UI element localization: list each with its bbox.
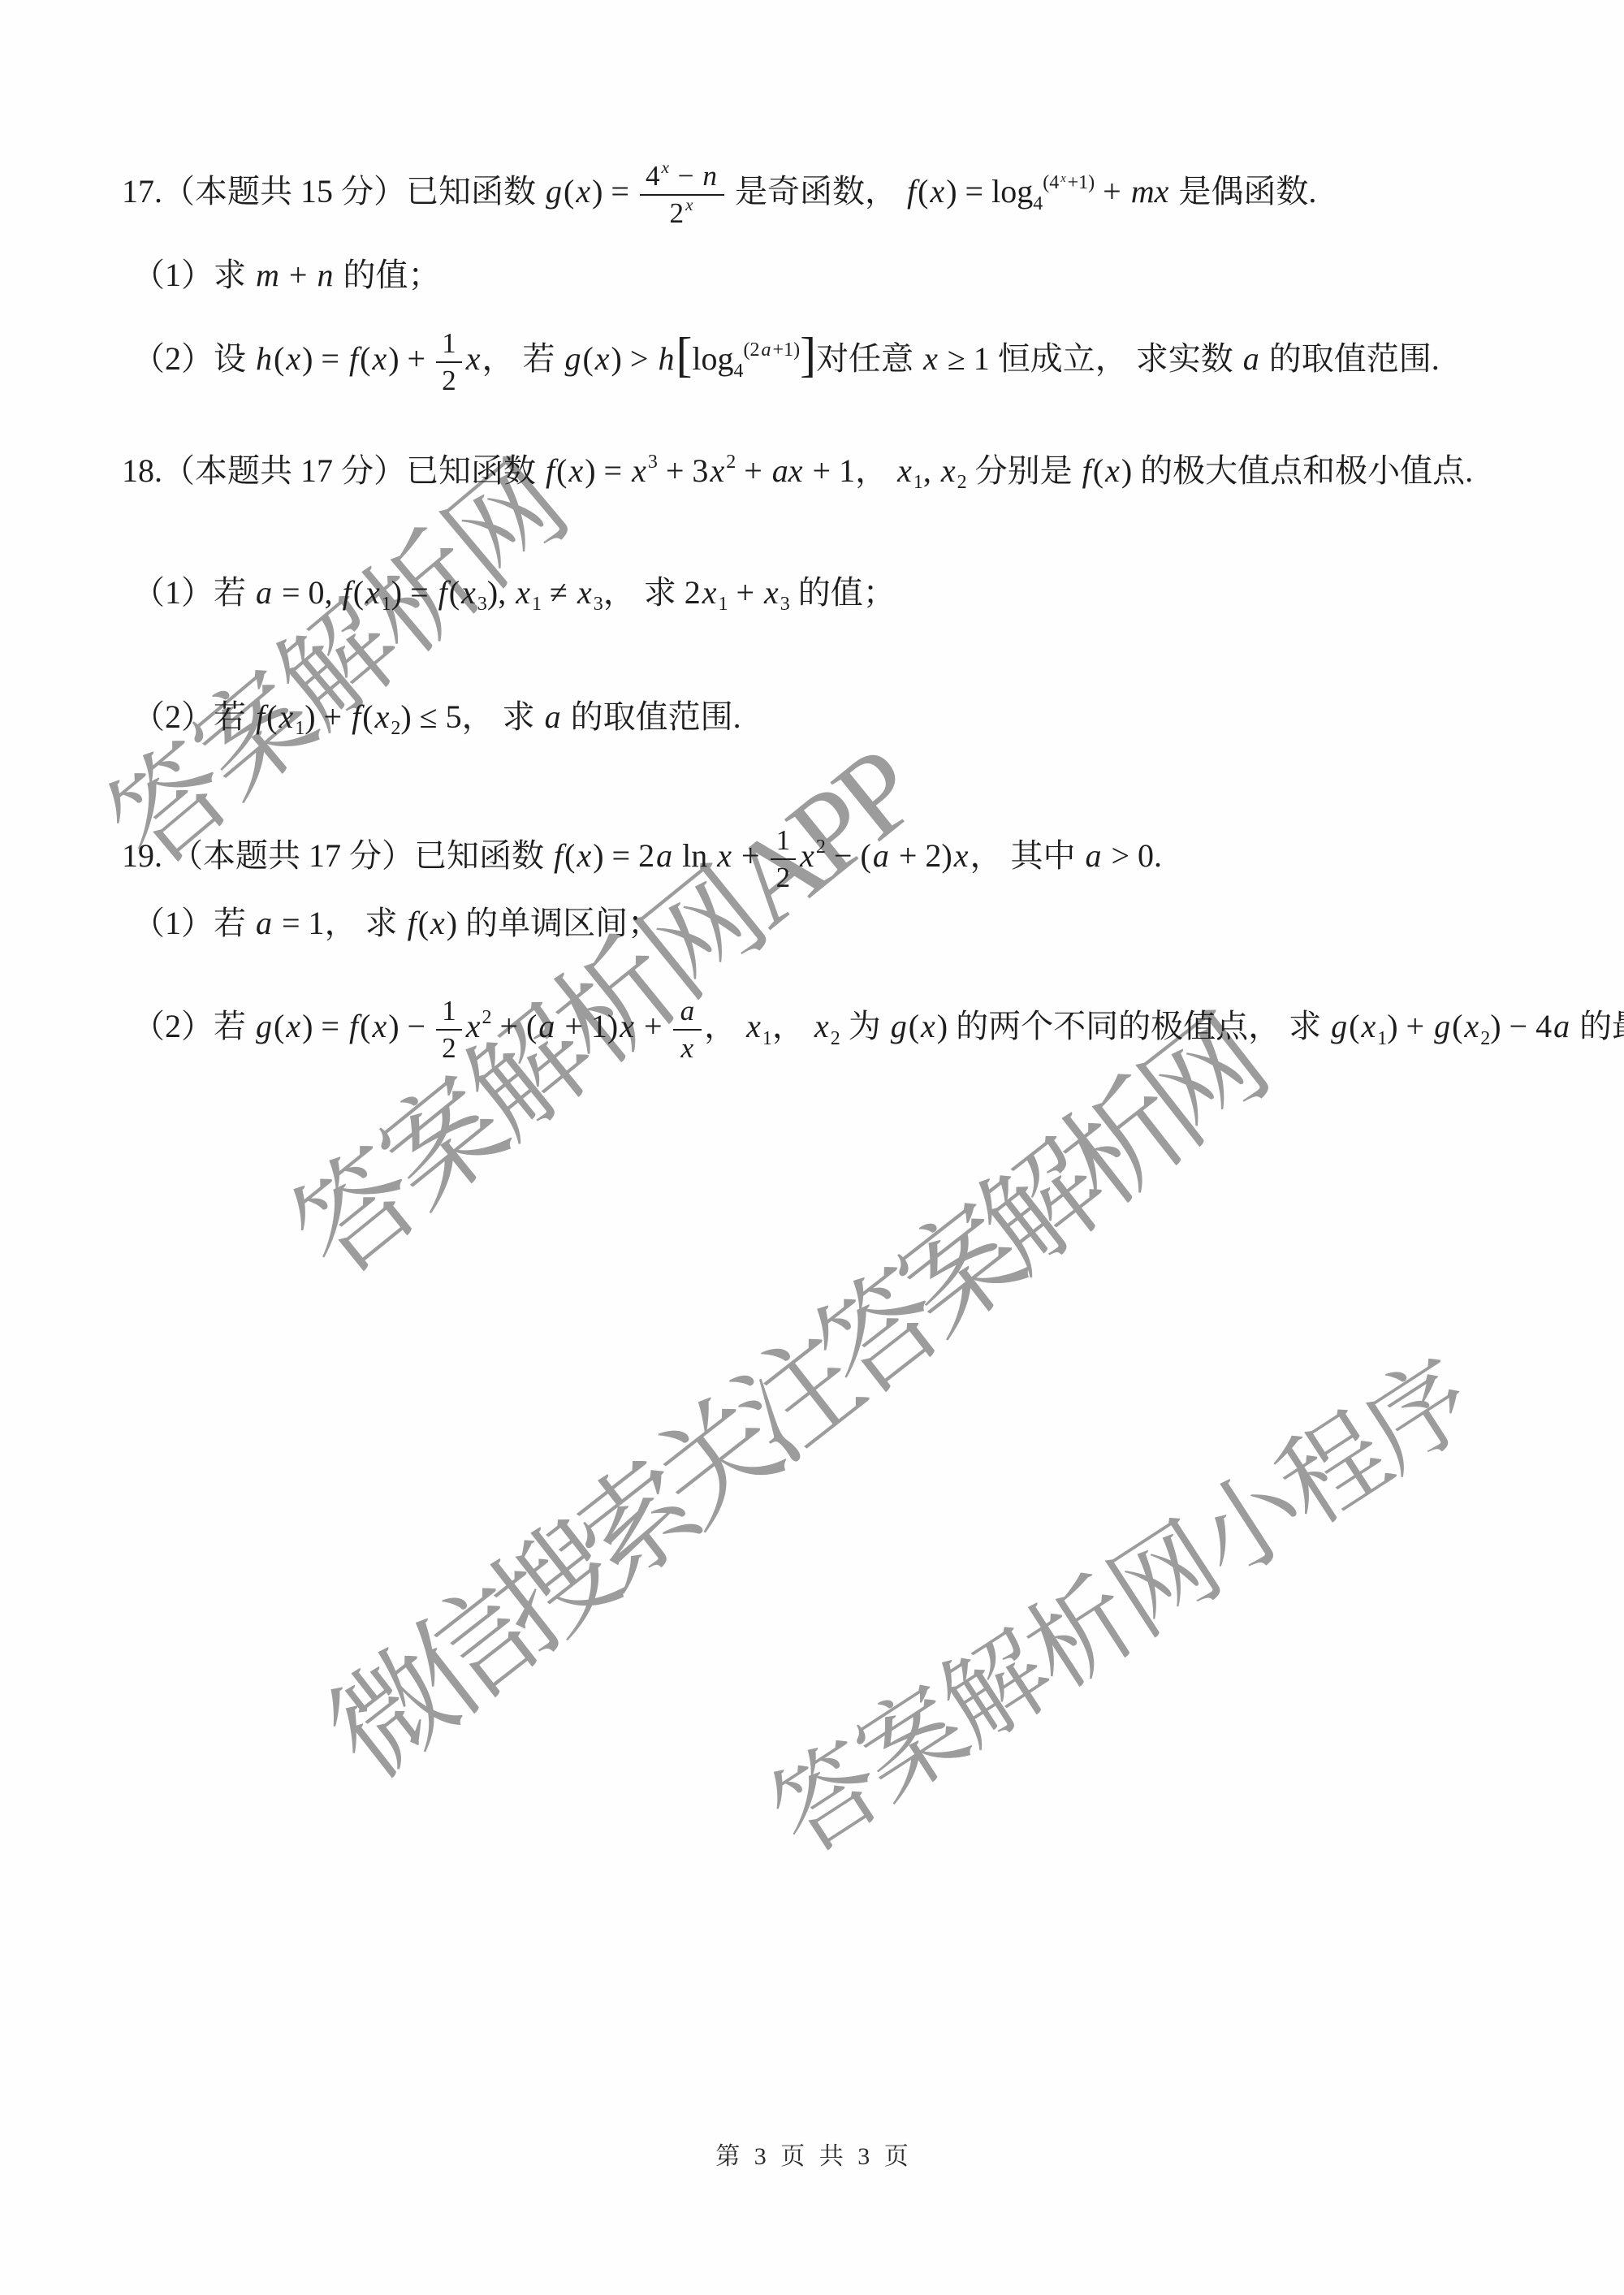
fraction: 12 [436, 328, 462, 396]
math-roman: ) − 4 [1490, 1008, 1552, 1044]
numerator: 1 [436, 328, 462, 363]
subscript: 4 [1033, 194, 1043, 214]
math-roman: ( [449, 574, 460, 611]
subscript: 3 [594, 594, 603, 614]
big-bracket: [ [676, 328, 692, 382]
math-variable: g [544, 173, 564, 210]
math-variable: x [277, 698, 295, 735]
math-variable: x [374, 698, 391, 735]
math-roman: ) = [585, 452, 630, 489]
math-variable: g [1432, 1008, 1452, 1044]
math-roman: 4 [646, 160, 660, 192]
fraction: 4x − n2x [640, 161, 724, 229]
subscript: 1 [914, 473, 923, 492]
math-variable: m [254, 257, 281, 293]
math-roman: 1 [762, 1028, 772, 1049]
math-variable: ax [771, 452, 805, 489]
q18-item-1: （1）若 a = 0, f(x1) = f(x3), x1 ≠ x3， 求 2x… [132, 573, 896, 612]
math-roman: ) − [388, 1008, 434, 1044]
text-run: ， [772, 1008, 813, 1044]
math-roman: 2 [776, 862, 791, 893]
math-variable: a [537, 1008, 556, 1044]
text-run: （1）求 [132, 257, 254, 293]
text-run: 分别是 [967, 452, 1081, 489]
math-variable: x [919, 1008, 937, 1044]
denominator: 2 [436, 1031, 462, 1064]
text-run: 17.（本题共 15 分）已知函数 [122, 173, 544, 210]
math-roman: ln [674, 837, 715, 874]
math-variable: x [708, 452, 726, 489]
numerator: 1 [436, 996, 462, 1031]
math-roman: (4 [1043, 172, 1059, 193]
math-variable: x [952, 837, 970, 874]
superscript: (4x+1) [1043, 173, 1095, 192]
text-run: ， 求 [462, 698, 543, 735]
text-run: 19. （本题共 17 分）已知函数 [122, 837, 552, 874]
math-variable: x [618, 1008, 636, 1044]
math-variable: n [315, 257, 335, 293]
q17-stem: 17.（本题共 15 分）已知函数 g(x) = 4x − n2x 是奇函数， … [122, 161, 1316, 229]
math-variable: x [928, 173, 946, 210]
math-variable: f [1081, 452, 1093, 489]
math-roman: + [1095, 173, 1129, 210]
math-roman: + 2) [891, 837, 952, 874]
superscript: 2 [816, 837, 826, 857]
exam-page: 17.（本题共 15 分）已知函数 g(x) = 4x − n2x 是奇函数， … [0, 0, 1624, 2295]
watermark-text: 微信搜索关注答案解析网 [311, 1007, 1277, 1798]
math-roman: 1 [532, 594, 542, 615]
math-roman: + 1 [805, 452, 856, 489]
superscript: x [660, 159, 671, 176]
fraction: ax [673, 996, 702, 1064]
math-roman: 3 [648, 452, 658, 473]
math-roman: = 1 [274, 905, 325, 941]
math-roman: + [281, 257, 316, 293]
math-variable: x [574, 173, 592, 210]
math-roman: 3 [780, 594, 790, 615]
math-variable: x [284, 1008, 302, 1044]
math-roman: ( [582, 340, 593, 377]
math-variable: a [543, 698, 563, 735]
q18-stem: 18.（本题共 17 分）已知函数 f(x) = x3 + 3x2 + ax +… [122, 452, 1473, 491]
math-variable: x [514, 574, 532, 611]
math-roman: ) + [1387, 1008, 1432, 1044]
text-run: （2）设 [132, 340, 254, 377]
math-roman: ) = [302, 340, 348, 377]
math-variable: x [762, 574, 780, 611]
math-variable: x [576, 574, 594, 611]
math-variable: f [905, 173, 918, 210]
math-variable: f [348, 340, 360, 377]
math-variable: a [254, 905, 274, 941]
math-roman: + [728, 574, 762, 611]
subscript: 2 [1480, 1029, 1490, 1048]
math-roman: 3 [594, 594, 603, 615]
math-roman: 4 [734, 361, 744, 382]
math-roman: ( [1093, 452, 1104, 489]
math-roman: ) = 2 [593, 837, 654, 874]
math-variable: f [437, 574, 449, 611]
numerator: 1 [771, 825, 797, 860]
denominator: 2x [664, 196, 701, 229]
watermark-text: 答案解析网 [92, 447, 585, 886]
math-roman: + [733, 837, 768, 874]
subscript: 3 [780, 594, 790, 614]
math-roman: +1) [773, 339, 801, 361]
math-variable: x [567, 452, 585, 489]
math-variable: x [1359, 1008, 1377, 1044]
math-variable: x [460, 574, 477, 611]
math-variable: x [1462, 1008, 1480, 1044]
math-roman: 1 [295, 718, 304, 739]
text-run: 的取值范围. [563, 698, 741, 735]
subscript: 1 [718, 594, 728, 614]
math-roman: ( [1452, 1008, 1462, 1044]
math-variable: a [871, 837, 891, 874]
superscript: (2a+1) [744, 340, 801, 360]
math-variable: x [284, 340, 302, 377]
math-variable: x [464, 340, 482, 377]
math-roman: ( [909, 1008, 919, 1044]
math-roman: 1 [442, 995, 456, 1026]
numerator: 4x − n [640, 161, 724, 196]
text-run: 的取值范围. [1261, 340, 1440, 377]
math-roman: + [736, 452, 771, 489]
math-variable: a [1552, 1008, 1571, 1044]
math-roman: ≠ [542, 574, 576, 611]
math-roman: ( [556, 452, 567, 489]
superscript: x [684, 197, 694, 214]
math-variable: f [350, 698, 362, 735]
math-variable: x [660, 158, 671, 177]
text-run: 的极大值点和极小值点. [1132, 452, 1473, 489]
subscript: 1 [382, 594, 391, 614]
math-variable: x [680, 1032, 696, 1064]
math-roman: ) = [391, 574, 437, 611]
math-variable: x [701, 574, 719, 611]
math-variable: x [364, 574, 382, 611]
math-roman: 1 [1377, 1028, 1387, 1049]
math-roman: 2 [685, 574, 701, 611]
text-run: 18.（本题共 17 分）已知函数 [122, 452, 544, 489]
math-variable: g [889, 1008, 909, 1044]
subscript: 3 [477, 594, 487, 614]
text-run: 恒成立， 求实数 [998, 340, 1242, 377]
math-roman: ) [1121, 452, 1132, 489]
text-run: 的最小值. [1571, 1008, 1624, 1044]
math-roman: ) [937, 1008, 948, 1044]
math-roman: ( [418, 905, 429, 941]
subscript: 1 [295, 719, 304, 738]
text-run: （1）若 [132, 905, 254, 941]
math-variable: x [464, 1008, 482, 1044]
subscript: 2 [831, 1029, 840, 1048]
math-variable: mx [1129, 173, 1171, 210]
math-roman: ( [564, 173, 574, 210]
math-roman: ) = log [946, 173, 1033, 210]
math-roman: ) + [388, 340, 434, 377]
math-roman: ( [362, 698, 373, 735]
math-variable: a [654, 837, 674, 874]
math-roman: ( [353, 574, 364, 611]
text-run: （2）若 [132, 698, 254, 735]
text-run: 对任意 [816, 340, 922, 377]
math-roman: > 0 [1103, 837, 1154, 874]
math-roman: 1 [382, 594, 391, 615]
math-variable: x [896, 452, 914, 489]
math-roman: ) = [302, 1008, 348, 1044]
text-run: ， [704, 1008, 745, 1044]
text-run: . [1154, 837, 1162, 874]
denominator: x [674, 1031, 702, 1064]
text-run: 的两个不同的极值点， 求 [948, 1008, 1329, 1044]
q18-item-2: （2）若 f(x1) + f(x2) ≤ 5， 求 a 的取值范围. [132, 698, 741, 737]
math-roman: ) + [304, 698, 350, 735]
text-run: ， 求 [325, 905, 406, 941]
math-roman: 2 [442, 365, 456, 396]
numerator: a [673, 996, 702, 1031]
math-roman: + 1) [556, 1008, 618, 1044]
math-variable: x [922, 340, 939, 377]
math-roman: , [923, 452, 939, 489]
text-run: 是偶函数. [1170, 173, 1316, 210]
math-roman: ≥ 1 [939, 340, 998, 377]
math-variable: f [341, 574, 353, 611]
math-roman: 1 [442, 327, 456, 359]
denominator: 2 [771, 860, 797, 893]
math-variable: f [348, 1008, 360, 1044]
math-roman: ( [918, 173, 928, 210]
text-run: 的值； [790, 574, 896, 611]
math-roman: ( [1349, 1008, 1359, 1044]
math-roman: ( [360, 1008, 370, 1044]
text-run: ， 其中 [970, 837, 1083, 874]
math-roman: 2 [831, 1028, 840, 1049]
text-run: 是奇函数， [727, 173, 905, 210]
math-variable: g [1329, 1008, 1349, 1044]
math-variable: f [544, 452, 556, 489]
text-run: （1）若 [132, 574, 254, 611]
text-run: 为 [840, 1008, 889, 1044]
math-variable: h [656, 340, 676, 377]
superscript: 2 [726, 452, 736, 472]
q19-item-2: （2）若 g(x) = f(x) − 12x2 + (a + 1)x + ax，… [132, 996, 1624, 1064]
math-variable: g [254, 1008, 274, 1044]
math-roman: ( [564, 837, 575, 874]
subscript: 1 [1377, 1029, 1387, 1048]
math-roman: 2 [670, 197, 685, 229]
math-variable: a [679, 995, 697, 1026]
math-variable: f [254, 698, 266, 735]
text-run: 的值； [335, 257, 440, 293]
math-roman: 1 [914, 472, 923, 493]
math-variable: x [429, 905, 447, 941]
math-roman: log [692, 340, 733, 377]
text-run: ， [855, 452, 896, 489]
subscript: 2 [957, 473, 967, 492]
math-roman: ( [266, 698, 277, 735]
math-variable: n [701, 160, 719, 192]
subscript: 1 [532, 594, 542, 614]
math-roman: + [636, 1008, 671, 1044]
text-run: （2）若 [132, 1008, 254, 1044]
math-variable: x [1059, 172, 1067, 185]
math-variable: a [254, 574, 274, 611]
math-variable: h [254, 340, 274, 377]
q19-stem: 19. （本题共 17 分）已知函数 f(x) = 2a ln x + 12x2… [122, 825, 1162, 893]
math-variable: g [563, 340, 582, 377]
math-roman: 4 [1033, 193, 1043, 214]
math-variable: x [575, 837, 593, 874]
math-variable: x [798, 837, 816, 874]
math-variable: x [715, 837, 733, 874]
math-roman: ( [274, 1008, 284, 1044]
subscript: 4 [734, 361, 744, 381]
math-roman: 3 [477, 594, 487, 615]
math-roman: ( [360, 340, 370, 377]
text-run: ， 若 [482, 340, 563, 377]
superscript: 3 [648, 452, 658, 472]
math-variable: x [370, 1008, 388, 1044]
math-variable: x [630, 452, 648, 489]
math-roman: ) ≤ 5 [400, 698, 461, 735]
math-roman: 1 [718, 594, 728, 615]
subscript: 2 [391, 719, 400, 738]
text-run: 的单调区间； [457, 905, 660, 941]
math-roman: 2 [816, 836, 826, 858]
math-roman: 2 [482, 1007, 491, 1028]
math-variable: x [594, 340, 611, 377]
math-roman: 2 [1480, 1028, 1490, 1049]
q17-item-2: （2）设 h(x) = f(x) + 12x， 若 g(x) > h[log4(… [132, 328, 1440, 396]
superscript: x [1059, 173, 1067, 184]
math-roman: ( [274, 340, 284, 377]
superscript: 2 [482, 1008, 491, 1027]
math-roman: ), [487, 574, 514, 611]
math-variable: x [684, 195, 694, 214]
math-roman: 2 [442, 1032, 456, 1064]
denominator: 2 [436, 363, 462, 396]
math-variable: f [406, 905, 418, 941]
math-variable: x [1104, 452, 1121, 489]
math-roman: = 0, [274, 574, 341, 611]
math-variable: a [1083, 837, 1103, 874]
math-variable: x [813, 1008, 831, 1044]
math-roman: ) = [592, 173, 637, 210]
math-roman: ) > [611, 340, 657, 377]
math-roman: 2 [391, 718, 400, 739]
math-roman: ) [447, 905, 457, 941]
q19-item-1: （1）若 a = 1， 求 f(x) 的单调区间； [132, 904, 660, 943]
q17-item-1: （1）求 m + n 的值； [132, 256, 440, 295]
fraction: 12 [436, 996, 462, 1064]
math-roman: − [671, 160, 701, 192]
math-roman: +1) [1068, 172, 1095, 193]
math-roman: 1 [776, 824, 791, 856]
page-footer: 第 3 页 共 3 页 [0, 2136, 1624, 2172]
fraction: 12 [771, 825, 797, 893]
math-roman: − ( [826, 837, 871, 874]
math-variable: x [939, 452, 957, 489]
math-variable: f [552, 837, 564, 874]
math-roman: (2 [744, 339, 760, 361]
watermark-text: 答案解析网小程序 [756, 1345, 1488, 1871]
math-roman: 2 [726, 452, 736, 473]
math-variable: a [760, 339, 773, 361]
math-roman: 2 [957, 472, 967, 493]
subscript: 1 [762, 1029, 772, 1048]
math-roman: + ( [491, 1008, 537, 1044]
math-variable: x [745, 1008, 762, 1044]
math-variable: x [370, 340, 388, 377]
math-variable: a [1242, 340, 1261, 377]
math-roman: + 3 [658, 452, 709, 489]
text-run: ， 求 [603, 574, 685, 611]
big-bracket: ] [800, 328, 816, 382]
